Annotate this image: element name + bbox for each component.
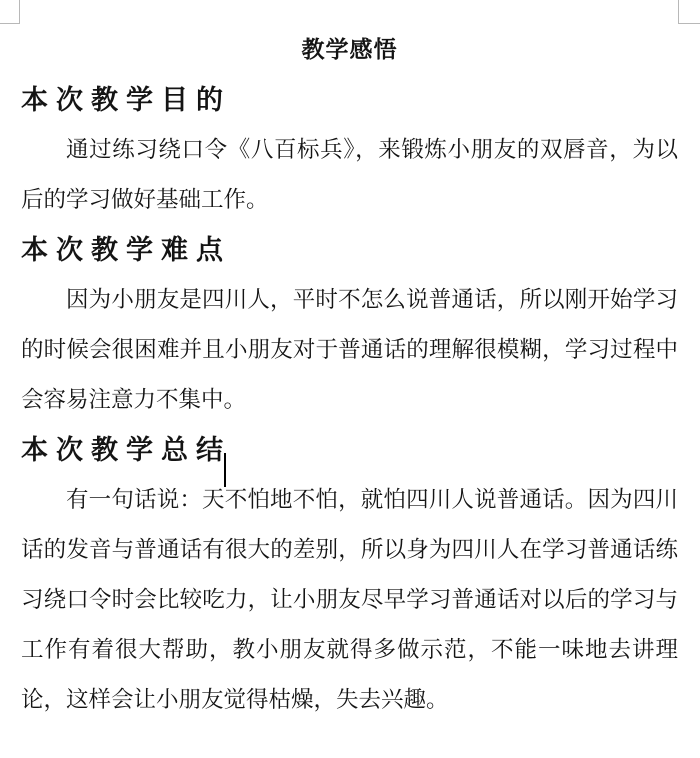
margin-corner-mark-top-right-horizontal <box>678 23 700 24</box>
paragraph-difficulty-line-1[interactable]: 因为小朋友是四川人，平时不怎么说普通话，所以刚开始学习 <box>21 275 678 325</box>
paragraph-objective-line-1[interactable]: 通过练习绕口令《八百标兵》，来锻炼小朋友的双唇音，为以 <box>21 125 678 175</box>
margin-corner-mark-top-left-horizontal <box>0 23 20 24</box>
paragraph-objective-line-2[interactable]: 后的学习做好基础工作。 <box>21 175 678 225</box>
document-title[interactable]: 教学感悟 <box>21 25 678 75</box>
text-cursor <box>224 453 226 487</box>
heading-teaching-summary[interactable]: 本次教学总结 <box>21 425 678 475</box>
document-text-area[interactable]: 教学感悟 本次教学目的 通过练习绕口令《八百标兵》，来锻炼小朋友的双唇音，为以 … <box>21 25 678 725</box>
paragraph-summary-line-3[interactable]: 习绕口令时会比较吃力，让小朋友尽早学习普通话对以后的学习与 <box>21 575 678 625</box>
margin-corner-mark-top-left-vertical <box>19 0 20 24</box>
heading-teaching-objective[interactable]: 本次教学目的 <box>21 75 678 125</box>
paragraph-summary-line-4[interactable]: 工作有着很大帮助，教小朋友就得多做示范，不能一味地去讲理 <box>21 625 678 675</box>
paragraph-difficulty-line-3[interactable]: 会容易注意力不集中。 <box>21 375 678 425</box>
paragraph-difficulty-line-2[interactable]: 的时候会很困难并且小朋友对于普通话的理解很模糊，学习过程中 <box>21 325 678 375</box>
paragraph-summary-line-1[interactable]: 有一句话说：天不怕地不怕，就怕四川人说普通话。因为四川 <box>21 475 678 525</box>
document-page: 教学感悟 本次教学目的 通过练习绕口令《八百标兵》，来锻炼小朋友的双唇音，为以 … <box>0 0 700 758</box>
paragraph-summary-line-2[interactable]: 话的发音与普通话有很大的差别，所以身为四川人在学习普通话练 <box>21 525 678 575</box>
heading-teaching-difficulty[interactable]: 本次教学难点 <box>21 225 678 275</box>
margin-corner-mark-top-right-vertical <box>678 0 679 24</box>
paragraph-summary-line-5[interactable]: 论，这样会让小朋友觉得枯燥，失去兴趣。 <box>21 675 678 725</box>
